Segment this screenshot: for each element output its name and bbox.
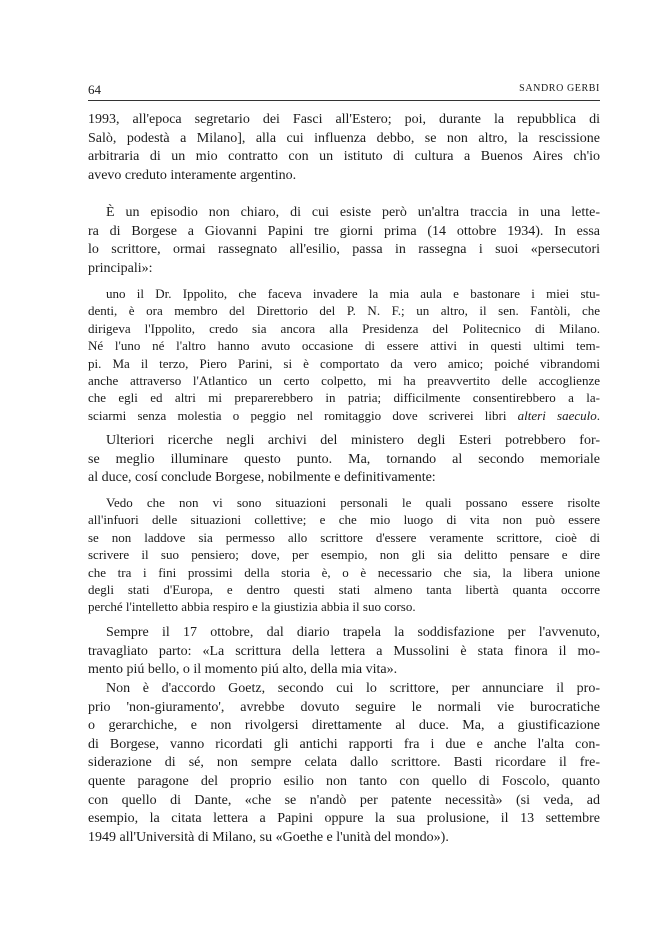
paragraph-diary: Sempre il 17 ottobre, dal diario trapela… [88, 624, 600, 680]
text-line: uno il Dr. Ippolito, che faceva invadere… [88, 285, 600, 302]
block-quote-memorial: Vedo che non vi sono situazioni personal… [88, 494, 600, 616]
text-line: se meglio illuminare questo punto. Ma, t… [88, 451, 600, 470]
text-line: Non è d'accordo Goetz, secondo cui lo sc… [88, 680, 600, 699]
text-line: Vedo che non vi sono situazioni personal… [88, 494, 600, 511]
block-quote-papini-letter: uno il Dr. Ippolito, che faceva invadere… [88, 285, 600, 424]
text-line: Salò, podestà a Milano], alla cui influe… [88, 130, 600, 149]
text-line: perché l'intelletto abbia respiro e la g… [88, 598, 600, 615]
text-line: ra di Borgese a Giovanni Papini tre gior… [88, 223, 600, 242]
running-head: 64 SANDRO GERBI [88, 82, 600, 101]
text-line: con quello di Dante, «che se n'andò per … [88, 792, 600, 811]
text-line: avevo creduto interamente argentino. [88, 167, 600, 186]
text-line: degli stati d'Europa, e dentro questi st… [88, 581, 600, 598]
text-line: Sempre il 17 ottobre, dal diario trapela… [88, 624, 600, 643]
page-number: 64 [88, 82, 101, 98]
text-line: lo scrittore, ormai rassegnato all'esili… [88, 241, 600, 260]
text-line: quente paragone del proprio esilio non t… [88, 773, 600, 792]
text-line: se non laddove sia permesso allo scritto… [88, 529, 600, 546]
text-line: arbitraria di un mio contratto con un is… [88, 148, 600, 167]
text-fragment: sciarmi senza molestia o peggio nel romi… [88, 408, 518, 423]
paragraph-continuation: 1993, all'epoca segretario dei Fasci all… [88, 111, 600, 185]
text-line: mento piú bello, o il momento piú alto, … [88, 661, 600, 680]
text-line: denti, è ora membro del Direttorio del P… [88, 302, 600, 319]
text-line: Né l'uno né l'altro hanno avuto occasion… [88, 337, 600, 354]
text-line: travagliato parto: «La scrittura della l… [88, 643, 600, 662]
text-line: che egli ed altri mi preparerebbero in p… [88, 389, 600, 406]
text-line: che tra i fini prossimi della storia è, … [88, 564, 600, 581]
text-line: di Borgese, vanno ricordati gli antichi … [88, 736, 600, 755]
text-line: siderazione di sé, non sempre celata dal… [88, 754, 600, 773]
text-line: anche attraverso l'Atlantico un certo co… [88, 372, 600, 389]
text-line: al duce, cosí conclude Borgese, nobilmen… [88, 469, 600, 488]
text-line: pi. Ma il terzo, Piero Parini, si è comp… [88, 355, 600, 372]
text-line: prio 'non-giuramento', avrebbe dovuto se… [88, 699, 600, 718]
text-line: sciarmi senza molestia o peggio nel romi… [88, 407, 600, 424]
text-line: principali»: [88, 260, 600, 279]
paragraph-episode: È un episodio non chiaro, di cui esiste … [88, 204, 600, 278]
punctuation: . [597, 408, 600, 423]
text-line: dirigeva l'Ippolito, credo sia ancora al… [88, 320, 600, 337]
text-line: 1949 all'Università di Milano, su «Goeth… [88, 829, 600, 848]
text-line: o gerarchiche, e non rivolgersi direttam… [88, 717, 600, 736]
document-page: 64 SANDRO GERBI 1993, all'epoca segretar… [0, 0, 650, 948]
text-line: esempio, la citata lettera a Papini oppu… [88, 810, 600, 829]
text-line: 1993, all'epoca segretario dei Fasci all… [88, 111, 600, 130]
author-running-title: SANDRO GERBI [519, 83, 600, 94]
paragraph-goetz: Non è d'accordo Goetz, secondo cui lo sc… [88, 680, 600, 847]
text-line: all'infuori delle situazioni collettive;… [88, 511, 600, 528]
text-line: scrivere il suo pensiero; dove, per esem… [88, 546, 600, 563]
italic-phrase: alteri saeculo [518, 408, 597, 423]
text-line: È un episodio non chiaro, di cui esiste … [88, 204, 600, 223]
text-line: Ulteriori ricerche negli archivi del min… [88, 432, 600, 451]
paragraph-further-research: Ulteriori ricerche negli archivi del min… [88, 432, 600, 488]
